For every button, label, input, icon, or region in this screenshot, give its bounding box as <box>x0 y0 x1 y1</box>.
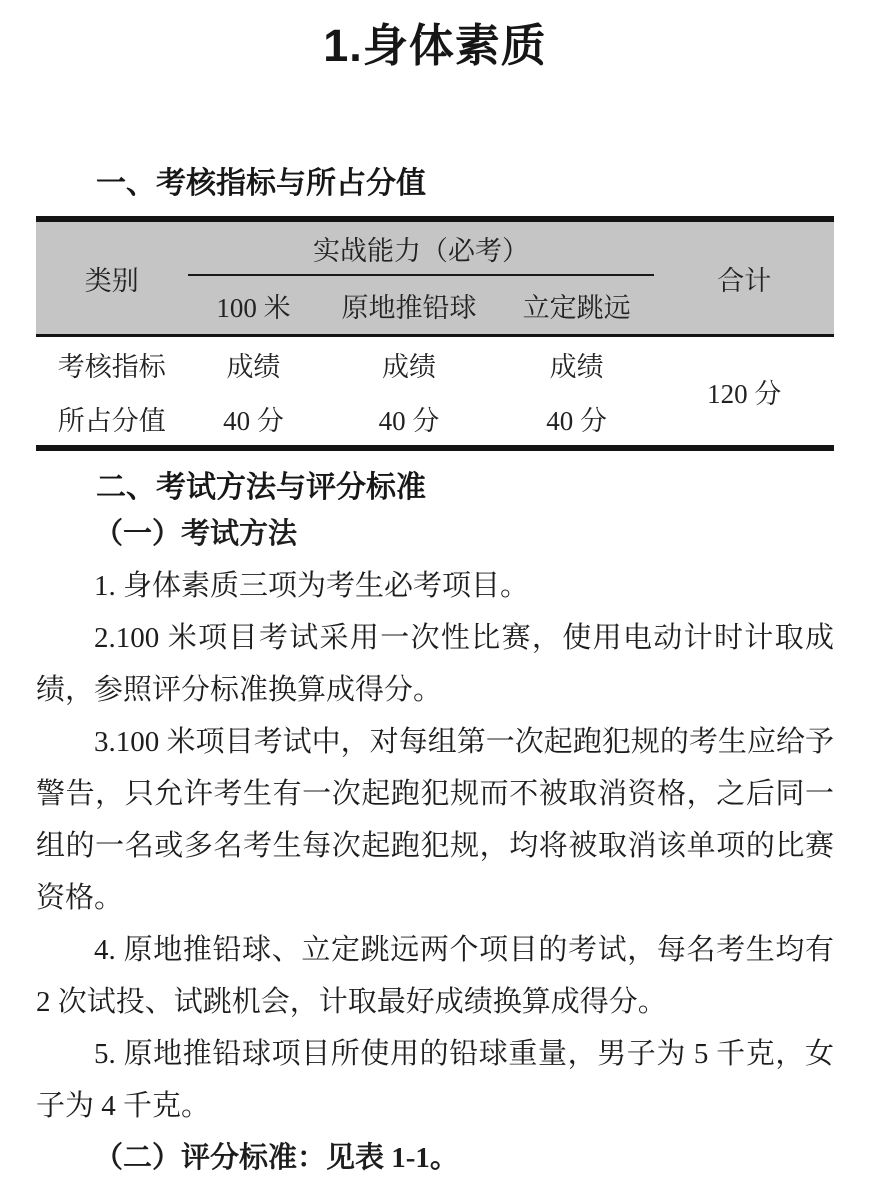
col-header-100m: 100 米 <box>188 275 320 336</box>
section-2-heading: 二、考试方法与评分标准 <box>36 468 834 508</box>
cell-long-jump-points: 40 分 <box>499 391 655 448</box>
paragraph-item-5: 5. 原地推铅球项目所使用的铅球重量，男子为 5 千克，女子为 4 千克。 <box>36 1028 834 1132</box>
row-label: 所占分值 <box>36 391 188 448</box>
table-header-row-group: 类别 实战能力（必考） 合计 <box>36 219 834 275</box>
col-header-shot-put: 原地推铅球 <box>319 275 499 336</box>
subsection-2-heading: （二）评分标准：见表 1-1。 <box>36 1132 834 1182</box>
table-header: 类别 实战能力（必考） 合计 100 米 原地推铅球 立定跳远 <box>36 219 834 336</box>
paragraph-item-1: 1. 身体素质三项为考生必考项目。 <box>36 560 834 612</box>
page-title: 1.身体素质 <box>36 20 834 72</box>
total-value-cell: 120 分 <box>654 336 834 449</box>
subsection-1-heading: （一）考试方法 <box>36 508 834 560</box>
paragraph-item-3: 3.100 米项目考试中，对每组第一次起跑犯规的考生应给予警告，只允许考生有一次… <box>36 716 834 924</box>
col-header-long-jump: 立定跳远 <box>499 275 655 336</box>
document-page: 1.身体素质 一、考核指标与所占分值 类别 实战能力（必考） 合计 100 米 … <box>0 20 870 1182</box>
col-header-group: 实战能力（必考） <box>188 219 655 275</box>
col-header-total: 合计 <box>654 219 834 336</box>
table-row-indicator: 考核指标 成绩 成绩 成绩 120 分 <box>36 336 834 392</box>
cell-long-jump-indicator: 成绩 <box>499 336 655 392</box>
cell-shot-put-indicator: 成绩 <box>319 336 499 392</box>
paragraph-item-4: 4. 原地推铅球、立定跳远两个项目的考试，每名考生均有 2 次试投、试跳机会，计… <box>36 924 834 1028</box>
col-header-category: 类别 <box>36 219 188 336</box>
score-allocation-table: 类别 实战能力（必考） 合计 100 米 原地推铅球 立定跳远 考核指标 成绩 … <box>36 216 834 451</box>
cell-shot-put-points: 40 分 <box>319 391 499 448</box>
table-body: 考核指标 成绩 成绩 成绩 120 分 所占分值 40 分 40 分 40 分 <box>36 336 834 449</box>
cell-100m-indicator: 成绩 <box>188 336 320 392</box>
cell-100m-points: 40 分 <box>188 391 320 448</box>
row-label: 考核指标 <box>36 336 188 392</box>
section-1-heading: 一、考核指标与所占分值 <box>36 164 834 204</box>
paragraph-item-2: 2.100 米项目考试采用一次性比赛，使用电动计时计取成绩，参照评分标准换算成得… <box>36 612 834 716</box>
